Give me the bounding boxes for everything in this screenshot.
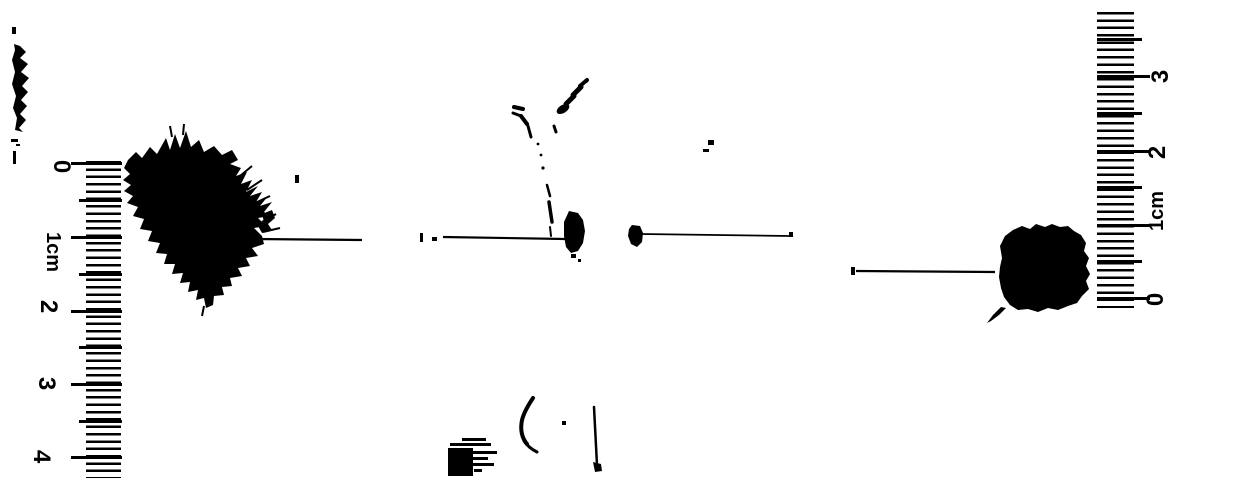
specks-upper-right — [703, 140, 714, 152]
specimen-photograph: 0 1cm 2 3 4 3 2 1cm 0 — [0, 0, 1240, 498]
hatched-dark-block — [448, 438, 497, 476]
specimen-layer — [0, 0, 1240, 498]
right-round-seed-mass — [851, 224, 1090, 323]
middle-tiny-seed — [628, 225, 793, 247]
debris-top-left — [11, 27, 29, 164]
pin-line-left — [254, 239, 362, 240]
middle-small-seed — [420, 211, 585, 262]
faint-seedling-sketch — [513, 79, 602, 472]
left-hairy-seed-mass — [123, 124, 299, 316]
